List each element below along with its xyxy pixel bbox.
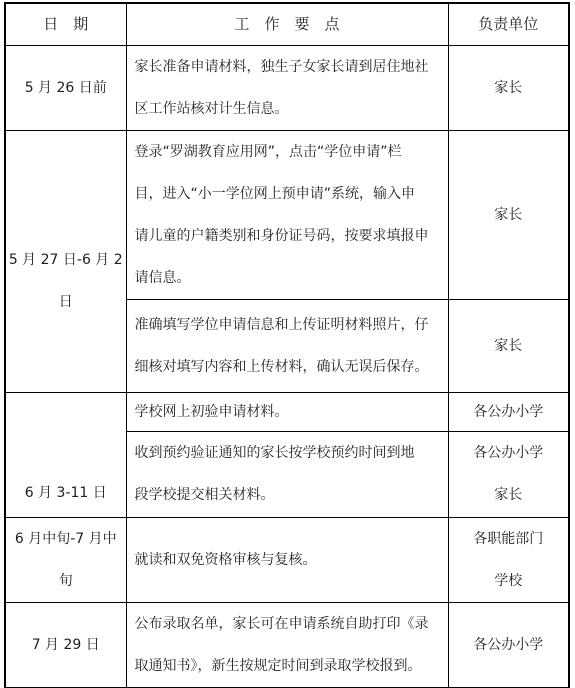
work-points-cell: 学校网上初验申请材料。 [126,392,448,431]
unit-cell: 各公办小学 家长 [448,431,569,517]
document-page: 日 期 工 作 要 点 负责单位 5 月 26 日前 家长准备申请材料，独生子女… [0,0,575,688]
enrollment-schedule-table: 日 期 工 作 要 点 负责单位 5 月 26 日前 家长准备申请材料，独生子女… [4,2,570,688]
work-points-column-header: 工 作 要 点 [126,3,448,45]
table-row-jul29: 7 月 29 日 公布录取名单，家长可在申请系统自助打印《录 取通知书》，新生按… [5,602,569,688]
responsible-unit-column-header: 负责单位 [448,3,569,45]
date-cell-merged: 5 月 27 日-6 月 2 日 [5,130,126,392]
table-row-mid-jun-mid-jul: 6 月中旬-7 月中 旬 就读和双免资格审核与复核。 各职能部门 学校 [5,517,569,602]
unit-cell: 家长 [448,130,569,299]
work-points-cell: 就读和双免资格审核与复核。 [126,517,448,602]
work-points-cell: 家长准备申请材料，独生子女家长请到居住地社 区工作站核对计生信息。 [126,45,448,130]
work-points-cell: 登录“罗湖教育应用网”，点击“学位申请”栏 目，进入“小一学位网上预申请”系统，… [126,130,448,299]
work-points-cell: 收到预约验证通知的家长按学校预约时间到地 段学校提交相关材料。 [126,431,448,517]
unit-cell: 各公办小学 [448,602,569,688]
unit-cell: 家长 [448,299,569,392]
date-cell: 7 月 29 日 [5,602,126,688]
work-points-cell: 准确填写学位申请信息和上传证明材料照片，仔 细核对填写内容和上传材料，确认无误后… [126,299,448,392]
date-cell: 6 月中旬-7 月中 旬 [5,517,126,602]
table-row-may27-jun2-a: 5 月 27 日-6 月 2 日 登录“罗湖教育应用网”，点击“学位申请”栏 目… [5,130,569,299]
unit-cell: 家长 [448,45,569,130]
unit-cell: 各职能部门 学校 [448,517,569,602]
unit-cell: 各公办小学 [448,392,569,431]
date-cell-merged: 6 月 3-11 日 [5,392,126,517]
date-column-header: 日 期 [5,3,126,45]
table-header-row: 日 期 工 作 要 点 负责单位 [5,3,569,45]
table-row-jun3-11-a: 6 月 3-11 日 学校网上初验申请材料。 各公办小学 [5,392,569,431]
work-points-cell: 公布录取名单，家长可在申请系统自助打印《录 取通知书》，新生按规定时间到录取学校… [126,602,448,688]
date-cell: 5 月 26 日前 [5,45,126,130]
table-row-may26: 5 月 26 日前 家长准备申请材料，独生子女家长请到居住地社 区工作站核对计生… [5,45,569,130]
